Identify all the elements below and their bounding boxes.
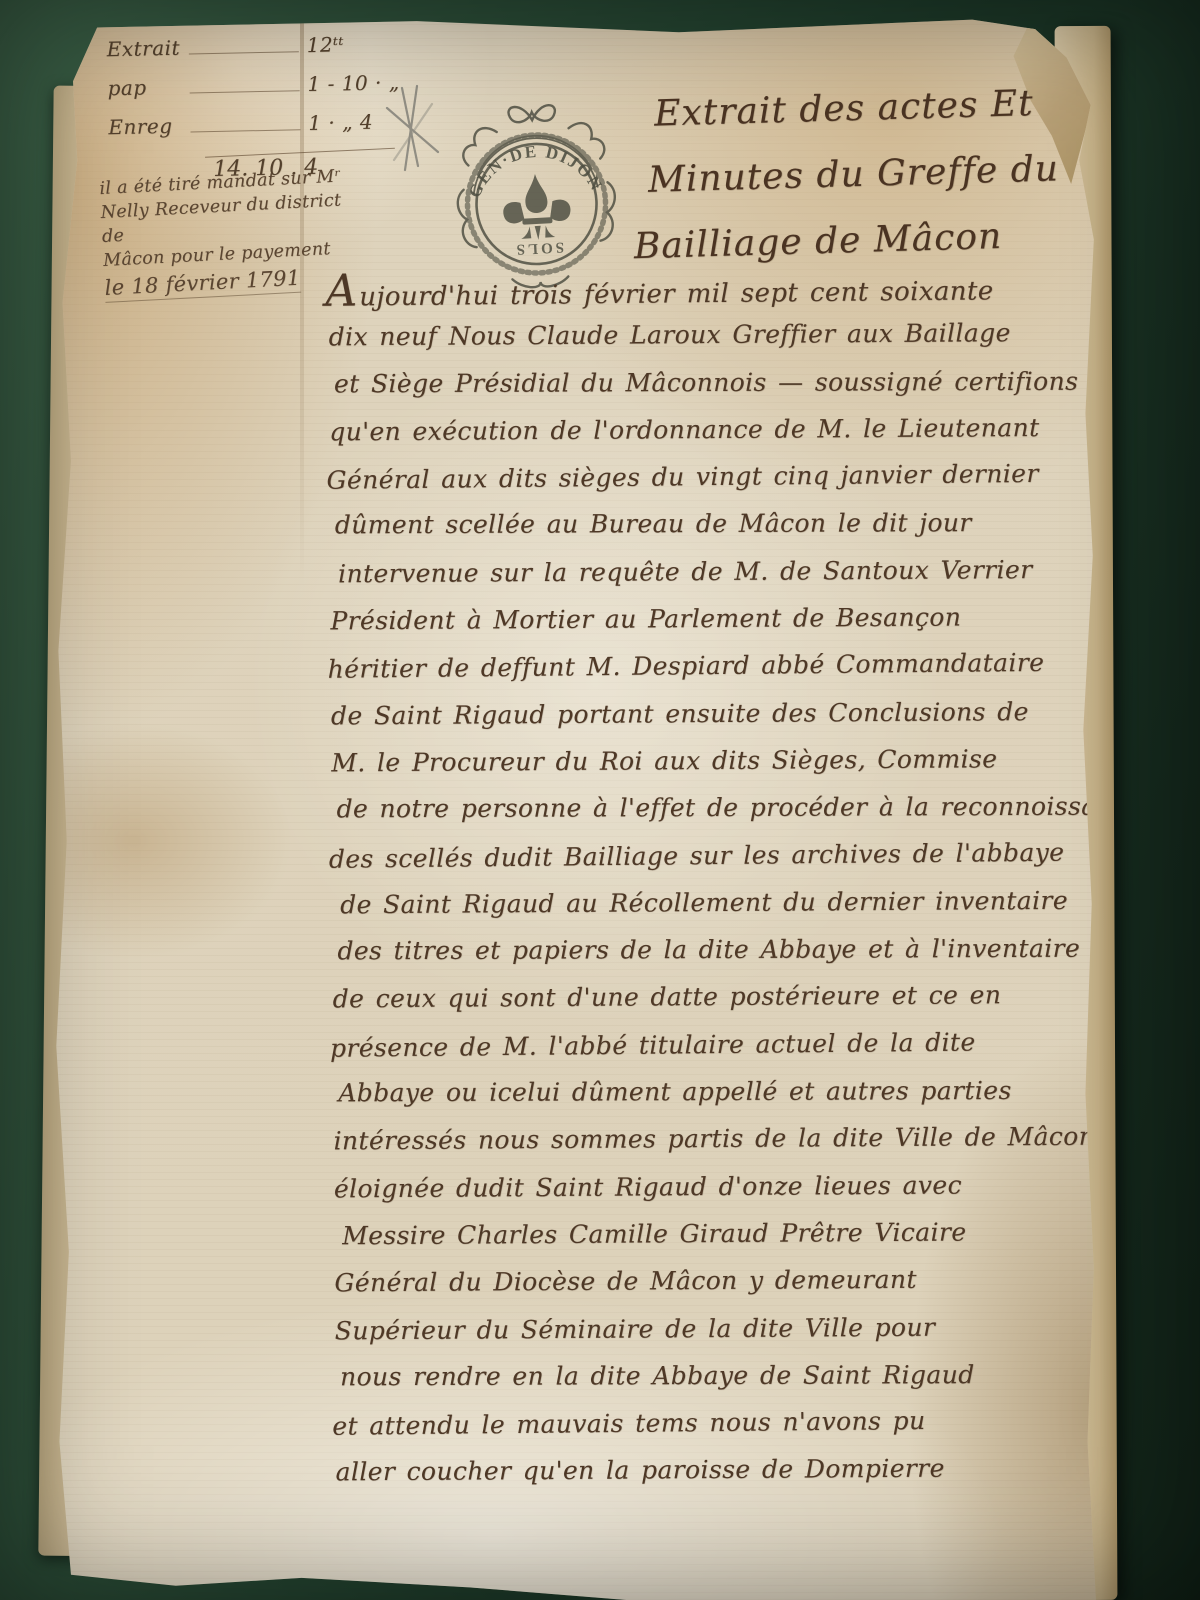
- body-line: Supérieur du Séminaire de la dite Ville …: [335, 1302, 1107, 1354]
- pencil-cross-mark: [382, 80, 444, 184]
- body-line: et Siège Présidial du Mâconnois — soussi…: [334, 357, 1106, 407]
- body-line: Général du Diocèse de Mâcon y demeurant: [334, 1255, 1106, 1307]
- fleur-de-lis-icon: [501, 172, 572, 241]
- tally-value: 12ᵗᵗ: [306, 31, 416, 57]
- body-line: Aujourd'hui trois février mil sept cent …: [325, 260, 1097, 315]
- body-line: éloignée dudit Saint Rigaud d'onze lieue…: [334, 1160, 1106, 1212]
- body-line: de ceux qui sont d'une datte postérieure…: [333, 971, 1105, 1023]
- tally-row: Enreg 1 · „ 4: [108, 109, 419, 154]
- tally-dash-line: [190, 90, 300, 93]
- body-line: Messire Charles Camille Giraud Prêtre Vi…: [342, 1208, 1114, 1260]
- body-line: présence de M. l'abbé titulaire actuel d…: [330, 1017, 1102, 1072]
- tally-label: Extrait: [106, 36, 182, 62]
- tally-dash-line: [189, 51, 299, 54]
- body-line: des scellés dudit Bailliage sur les arch…: [329, 828, 1101, 883]
- body-line: M. le Procureur du Roi aux dits Sièges, …: [331, 735, 1103, 787]
- fee-tally: Extrait 12ᵗᵗ pap 1 - 10 · „ Enreg 1 · „ …: [106, 31, 419, 184]
- body-line: de Saint Rigaud au Récollement du dernie…: [340, 876, 1112, 928]
- body-line: de Saint Rigaud portant ensuite des Conc…: [331, 687, 1103, 739]
- body-line: nous rendre en la dite Abbaye de Saint R…: [340, 1350, 1112, 1400]
- body-line: intervenue sur la requête de M. de Santo…: [338, 545, 1110, 597]
- stamp-bottom-text: SOLS: [513, 239, 564, 258]
- tally-dash-line: [190, 129, 300, 132]
- title-line: Minutes du Greffe du: [647, 135, 1093, 213]
- body-line: héritier de deffunt M. Despiard abbé Com…: [327, 639, 1099, 694]
- tally-row: Extrait 12ᵗᵗ: [106, 31, 417, 76]
- body-line: aller coucher qu'en la paroisse de Dompi…: [335, 1444, 1107, 1496]
- body-line: de notre personne à l'effet de procéder …: [336, 783, 1108, 833]
- marginal-note-date: le 18 février 1791: [104, 266, 301, 303]
- document-title: Extrait des actes Et Minutes du Greffe d…: [619, 69, 1094, 280]
- body-line: qu'en exécution de l'ordonnance de M. le…: [329, 404, 1101, 456]
- body-line: dix neuf Nous Claude Laroux Greffier aux…: [329, 309, 1101, 361]
- stamp-crest-ornament: [508, 105, 555, 123]
- body-line: et attendu le mauvais tems nous n'avons …: [332, 1395, 1104, 1450]
- manuscript-page: Extrait 12ᵗᵗ pap 1 - 10 · „ Enreg 1 · „ …: [50, 18, 1098, 1600]
- body-line: intéressés nous sommes partis de la dite…: [333, 1113, 1105, 1165]
- tally-label: pap: [107, 75, 183, 101]
- tally-row: pap 1 - 10 · „: [107, 70, 418, 115]
- body-line: dûment scellée au Bureau de Mâcon le dit…: [335, 499, 1107, 549]
- body-line: Président à Mortier au Parlement de Besa…: [330, 593, 1102, 645]
- body-line: des titres et papiers de la dite Abbaye …: [337, 925, 1109, 975]
- title-line: Extrait des actes Et: [653, 69, 1091, 147]
- document-body: Aujourd'hui trois février mil sept cent …: [328, 262, 1107, 1496]
- body-line: Général aux dits sièges du vingt cinq ja…: [326, 450, 1098, 505]
- body-line: Abbaye ou icelui dûment appellé et autre…: [338, 1067, 1110, 1117]
- photo-background: Extrait 12ᵗᵗ pap 1 - 10 · „ Enreg 1 · „ …: [0, 0, 1200, 1600]
- tally-label: Enreg: [108, 114, 184, 140]
